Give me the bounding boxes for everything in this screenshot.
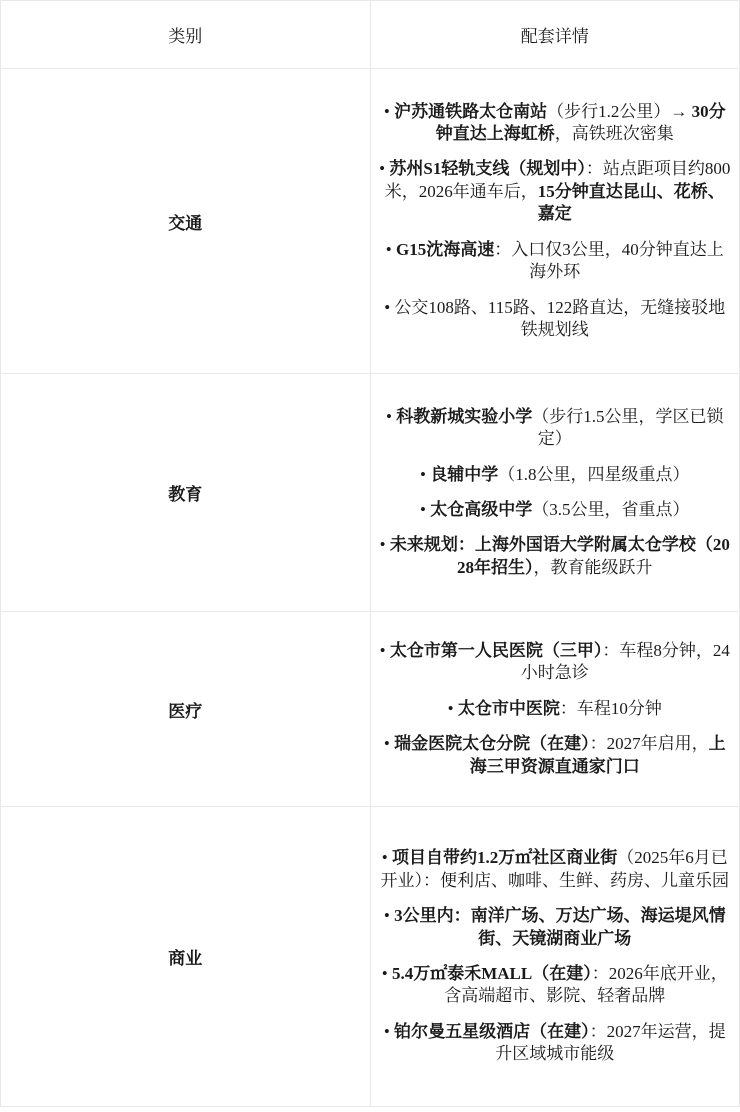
header-row: 类别 配套详情	[1, 1, 740, 69]
bullet-marker-icon: •	[384, 102, 394, 121]
category-cell: 医疗	[1, 612, 371, 807]
text-run-bold: G15沈海高速	[396, 240, 494, 259]
bullet-item: • 苏州S1轻轨支线（规划中）：站点距项目约800米，2026年通车后，15分钟…	[379, 158, 732, 225]
details-cell: • 科教新城实验小学（步行1.5公里，学区已锁定）• 良辅中学（1.8公里，四星…	[370, 374, 740, 612]
bullet-item: • 未来规划：上海外国语大学附属太仓学校（2028年招生），教育能级跃升	[379, 534, 732, 579]
text-run-bold: 苏州S1轻轨支线（规划中）	[389, 159, 585, 178]
details-cell: • 太仓市第一人民医院（三甲）：车程8分钟，24小时急诊• 太仓市中医院：车程1…	[370, 612, 740, 807]
text-run: ：车程10分钟	[560, 699, 662, 718]
bullet-marker-icon: •	[380, 535, 390, 554]
bullet-item: • 5.4万㎡泰禾MALL（在建）：2026年底开业，含高端超市、影院、轻奢品牌	[379, 963, 732, 1008]
bullet-item: • 瑞金医院太仓分院（在建）：2027年启用，上海三甲资源直通家门口	[379, 733, 732, 778]
bullet-item: • 良辅中学（1.8公里，四星级重点）	[379, 464, 732, 486]
text-run: （3.5公里，省重点）	[532, 500, 689, 519]
text-run: （1.8公里，四星级重点）	[498, 465, 689, 484]
bullet-marker-icon: •	[384, 906, 394, 925]
bullet-marker-icon: •	[384, 1022, 394, 1041]
text-run: ：入口仅3公里，40分钟直达上海外环	[494, 240, 724, 281]
bullet-marker-icon: •	[382, 848, 392, 867]
bullet-marker-icon: •	[380, 641, 390, 660]
text-run-bold: 15分钟直达昆山、花桥、嘉定	[538, 182, 725, 223]
bullet-item: • 太仓高级中学（3.5公里，省重点）	[379, 499, 732, 521]
amenities-table: 类别 配套详情 交通• 沪苏通铁路太仓南站（步行1.2公里）→ 30分钟直达上海…	[0, 0, 740, 1107]
text-run: （步行1.2公里）→	[547, 102, 692, 121]
text-run: （步行1.5公里，学区已锁定）	[532, 407, 723, 448]
text-run: 公交108路、115路、122路直达，无缝接驳地铁规划线	[394, 298, 725, 339]
text-run-bold: 沪苏通铁路太仓南站	[394, 102, 547, 121]
text-run-bold: 太仓市中医院	[458, 699, 560, 718]
bullet-item: • 项目自带约1.2万㎡社区商业街（2025年6月已开业）：便利店、咖啡、生鲜、…	[379, 847, 732, 892]
text-run-bold: 太仓高级中学	[430, 500, 532, 519]
bullet-item: • 公交108路、115路、122路直达，无缝接驳地铁规划线	[379, 297, 732, 342]
bullet-item: • 太仓市中医院：车程10分钟	[379, 698, 732, 720]
bullet-item: • G15沈海高速：入口仅3公里，40分钟直达上海外环	[379, 239, 732, 284]
text-run-bold: 太仓市第一人民医院（三甲）	[390, 641, 603, 660]
details-cell: • 项目自带约1.2万㎡社区商业街（2025年6月已开业）：便利店、咖啡、生鲜、…	[370, 807, 740, 1107]
text-run: ，教育能级跃升	[534, 558, 653, 577]
column-header-details: 配套详情	[370, 1, 740, 69]
bullet-marker-icon: •	[420, 500, 430, 519]
text-run-bold: 良辅中学	[430, 465, 498, 484]
table-row: 交通• 沪苏通铁路太仓南站（步行1.2公里）→ 30分钟直达上海虹桥，高铁班次密…	[1, 69, 740, 374]
bullet-marker-icon: •	[379, 159, 389, 178]
column-header-category: 类别	[1, 1, 371, 69]
bullet-marker-icon: •	[382, 964, 392, 983]
bullet-marker-icon: •	[384, 298, 394, 317]
table-row: 医疗• 太仓市第一人民医院（三甲）：车程8分钟，24小时急诊• 太仓市中医院：车…	[1, 612, 740, 807]
table-row: 教育• 科教新城实验小学（步行1.5公里，学区已锁定）• 良辅中学（1.8公里，…	[1, 374, 740, 612]
category-cell: 教育	[1, 374, 371, 612]
bullet-item: • 沪苏通铁路太仓南站（步行1.2公里）→ 30分钟直达上海虹桥，高铁班次密集	[379, 101, 732, 146]
category-cell: 商业	[1, 807, 371, 1107]
text-run-bold: 铂尔曼五星级酒店（在建）	[394, 1022, 590, 1041]
text-run-bold: 5.4万㎡泰禾MALL（在建）	[392, 964, 592, 983]
bullet-item: • 太仓市第一人民医院（三甲）：车程8分钟，24小时急诊	[379, 640, 732, 685]
category-cell: 交通	[1, 69, 371, 374]
amenities-page: 类别 配套详情 交通• 沪苏通铁路太仓南站（步行1.2公里）→ 30分钟直达上海…	[0, 0, 740, 1112]
text-run-bold: 3公里内：南洋广场、万达广场、海运堤风情街、天镜湖商业广场	[394, 906, 726, 947]
text-run: ，高铁班次密集	[555, 124, 674, 143]
bullet-item: • 铂尔曼五星级酒店（在建）：2027年运营，提升区域城市能级	[379, 1021, 732, 1066]
bullet-item: • 科教新城实验小学（步行1.5公里，学区已锁定）	[379, 406, 732, 451]
bullet-item: • 3公里内：南洋广场、万达广场、海运堤风情街、天镜湖商业广场	[379, 905, 732, 950]
text-run-bold: 科教新城实验小学	[396, 407, 532, 426]
text-run: ：2027年启用，	[590, 734, 709, 753]
bullet-marker-icon: •	[386, 407, 396, 426]
text-run-bold: 项目自带约1.2万㎡社区商业街	[392, 848, 617, 867]
details-cell: • 沪苏通铁路太仓南站（步行1.2公里）→ 30分钟直达上海虹桥，高铁班次密集•…	[370, 69, 740, 374]
text-run-bold: 瑞金医院太仓分院（在建）	[394, 734, 590, 753]
bullet-marker-icon: •	[448, 699, 458, 718]
bullet-marker-icon: •	[420, 465, 430, 484]
table-row: 商业• 项目自带约1.2万㎡社区商业街（2025年6月已开业）：便利店、咖啡、生…	[1, 807, 740, 1107]
bullet-marker-icon: •	[384, 734, 394, 753]
bullet-marker-icon: •	[386, 240, 396, 259]
